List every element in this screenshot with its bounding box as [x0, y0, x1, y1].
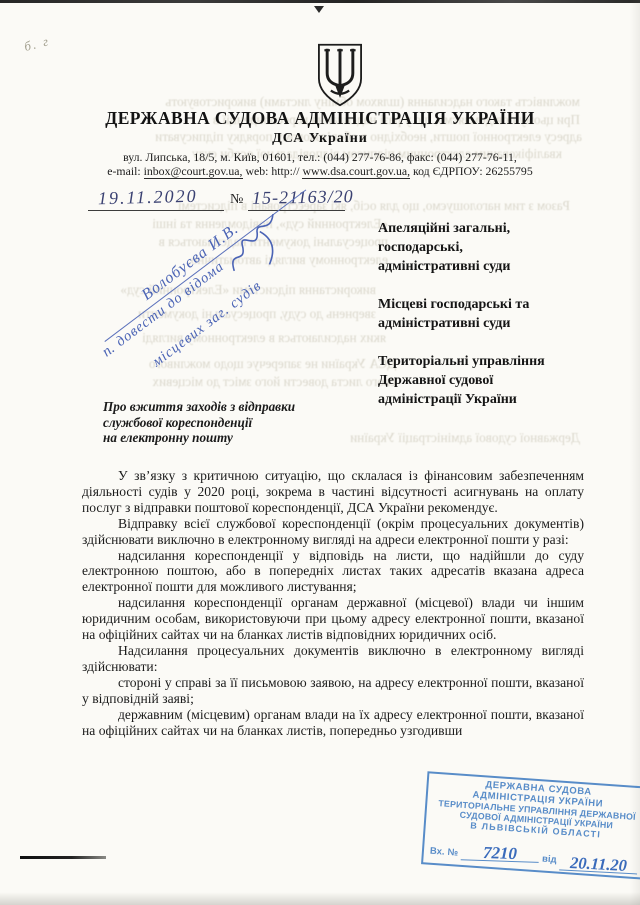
recipient-group: Місцеві господарські та адміністративні …	[378, 295, 596, 333]
email-label: e-mail:	[107, 164, 143, 178]
scan-edge-strip	[0, 0, 640, 3]
body-paragraph: стороні у справі за її письмовою заявою,…	[82, 675, 584, 707]
number-sign: №	[230, 192, 243, 208]
stamp-handwritten-date: 20.11.20	[559, 855, 638, 874]
body-paragraph: надсилання кореспонденції органам держав…	[82, 595, 584, 643]
org-short-name: ДСА України	[0, 131, 640, 147]
scan-bottom-shadow	[0, 892, 640, 905]
incoming-registration-stamp: ДЕРЖАВНА СУДОВА АДМІНІСТРАЦІЯ УКРАЇНИ ТЕ…	[421, 771, 640, 879]
recipient-line: Апеляційні загальні,	[378, 219, 596, 238]
bleed-line: Державної судової адміністрації України	[348, 430, 580, 446]
recipient-line: адміністративні суди	[378, 314, 596, 333]
pencil-corner-mark: б. г	[22, 33, 51, 55]
body-paragraph: Відправку всієї службової кореспонденції…	[82, 516, 584, 548]
recipient-group: Апеляційні загальні, господарські, адмін…	[378, 219, 596, 276]
body-paragraph: державним (місцевим) органам влади на їх…	[82, 707, 584, 739]
scanned-letter-page: б. г можливість такого надсилання (шляхо…	[0, 0, 640, 905]
letter-body: У зв’язку з критичною ситуацію, що склал…	[82, 468, 584, 738]
body-paragraph: У зв’язку з критичною ситуацію, що склал…	[82, 468, 584, 516]
email-address: inbox@court.gov.ua,	[144, 164, 243, 179]
org-name: ДЕРЖАВНА СУДОВА АДМІНІСТРАЦІЯ УКРАЇНИ	[0, 108, 640, 129]
recipient-group: Територіальні управління Державної судов…	[378, 352, 596, 409]
stamp-number-sign: №	[447, 847, 458, 859]
scan-triangle-mark	[314, 6, 324, 13]
recipient-line: Територіальні управління	[378, 352, 596, 371]
date-underline	[88, 210, 224, 211]
subject-line: на електронну пошту	[103, 430, 343, 446]
stamp-incoming-label: Вх.	[430, 846, 445, 858]
recipients-block: Апеляційні загальні, господарські, адмін…	[378, 219, 596, 428]
handwritten-date: 19.11.2020	[98, 186, 198, 210]
stamp-from-label: від	[542, 854, 557, 866]
recipient-line: адміністрації України	[378, 390, 596, 409]
subject-line: Про вжиття заходів з відправки	[103, 399, 343, 415]
ukraine-trident-emblem-icon	[312, 42, 368, 108]
scan-bottom-line-artifact	[20, 856, 106, 859]
recipient-line: господарські,	[378, 238, 596, 257]
body-paragraph: надсилання кореспонденції у відповідь на…	[82, 548, 584, 596]
recipient-line: Державної судової	[378, 371, 596, 390]
edrpou-code: код ЄДРПОУ: 26255795	[410, 164, 533, 178]
recipient-line: адміністративні суди	[378, 257, 596, 276]
stamp-handwritten-number: 7210	[461, 845, 540, 863]
body-paragraph: Надсилання процесуальних документів викл…	[82, 643, 584, 675]
recipient-line: Місцеві господарські та	[378, 295, 596, 314]
subject-line: службової кореспонденції	[103, 415, 343, 431]
letter-subject: Про вжиття заходів з відправки службової…	[103, 399, 343, 446]
